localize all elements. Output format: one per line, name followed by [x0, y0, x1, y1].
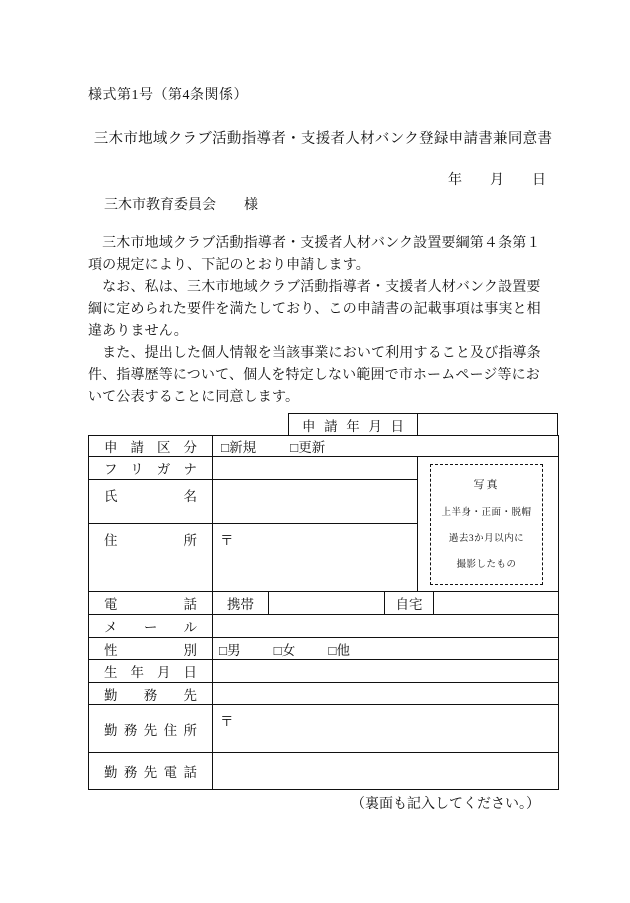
- sex-value-cell: □男□女□他: [213, 638, 559, 660]
- workplace-value-cell: [213, 683, 559, 705]
- date-line: 年 月 日: [88, 169, 546, 189]
- checkbox-option-male: □男: [219, 639, 241, 659]
- workplace-address-row: 勤務先住所 〒: [89, 705, 559, 753]
- photo-box-line: 過去3か月以内に: [431, 530, 542, 544]
- workplace-address-label: 勤務先住所: [89, 705, 213, 753]
- checkbox-option-other: □他: [328, 639, 350, 659]
- document-page: 様式第1号（第4条関係） 三木市地域クラブ活動指導者・支援者人材バンク登録申請書…: [0, 0, 630, 903]
- application-date-row: 申請年月日: [289, 414, 558, 436]
- phone-label: 電話: [89, 592, 213, 615]
- body-line: なお、私は、三木市地域クラブ活動指導者・支援者人材バンク設置要: [88, 277, 544, 299]
- application-form-table: 申請区分 □新規□更新 フリガナ 写真 上半身・正面・脱帽 過去3か月以内に 撮…: [88, 435, 559, 790]
- footer-note: （裏面も記入してください。）: [88, 793, 540, 813]
- photo-box-title: 写真: [431, 476, 542, 492]
- body-paragraphs: 三木市地域クラブ活動指導者・支援者人材バンク設置要綱第４条第１ 項の規定により、…: [88, 233, 544, 409]
- postal-mark: 〒: [220, 533, 234, 548]
- address-value-cell: 〒: [213, 524, 418, 592]
- workplace-phone-label: 勤務先電話: [89, 753, 213, 790]
- document-title: 三木市地域クラブ活動指導者・支援者人材バンク登録申請書兼同意書: [88, 127, 558, 148]
- photo-cell: 写真 上半身・正面・脱帽 過去3か月以内に 撮影したもの: [418, 457, 559, 592]
- photo-box-line: 上半身・正面・脱帽: [431, 504, 542, 518]
- phone-row: 電話 携帯 自宅: [89, 592, 559, 615]
- birthdate-row: 生年月日: [89, 660, 559, 683]
- photo-box: 写真 上半身・正面・脱帽 過去3か月以内に 撮影したもの: [430, 464, 543, 585]
- email-row: メール: [89, 615, 559, 638]
- application-date-label: 申請年月日: [289, 414, 418, 436]
- birthdate-label: 生年月日: [89, 660, 213, 683]
- workplace-row: 勤務先: [89, 683, 559, 705]
- body-line: また、提出した個人情報を当該事業において利用すること及び指導条: [88, 343, 544, 365]
- category-label: 申請区分: [89, 436, 213, 457]
- furigana-value-cell: [213, 457, 418, 480]
- birthdate-value-cell: [213, 660, 559, 683]
- checkbox-option-new: □新規: [221, 436, 256, 456]
- address-label: 住所: [89, 524, 213, 592]
- email-label: メール: [89, 615, 213, 638]
- email-value-cell: [213, 615, 559, 638]
- application-date-value-cell: [418, 414, 558, 436]
- body-line: 綱に定められた要件を満たしており、この申請書の記載事項は事実と相: [88, 299, 544, 321]
- furigana-row: フリガナ 写真 上半身・正面・脱帽 過去3か月以内に 撮影したもの: [89, 457, 559, 480]
- checkbox-option-renew: □更新: [290, 436, 325, 456]
- phone-home-value-cell: [434, 592, 559, 615]
- checkbox-option-female: □女: [274, 639, 296, 659]
- body-line: 項の規定により、下記のとおり申請します。: [88, 255, 544, 277]
- category-row: 申請区分 □新規□更新: [89, 436, 559, 457]
- addressee: 三木市教育委員会 様: [104, 194, 258, 214]
- photo-box-line: 撮影したもの: [431, 556, 542, 570]
- workplace-phone-row: 勤務先電話: [89, 753, 559, 790]
- category-value-cell: □新規□更新: [213, 436, 559, 457]
- body-line: いて公表することに同意します。: [88, 387, 544, 409]
- form-number: 様式第1号（第4条関係）: [88, 84, 248, 104]
- name-label: 氏名: [89, 480, 213, 524]
- application-date-table: 申請年月日: [288, 413, 558, 436]
- phone-home-label: 自宅: [385, 592, 434, 615]
- workplace-phone-value-cell: [213, 753, 559, 790]
- sex-label: 性別: [89, 638, 213, 660]
- body-line: 件、指導歴等について、個人を特定しない範囲で市ホームページ等にお: [88, 365, 544, 387]
- workplace-label: 勤務先: [89, 683, 213, 705]
- name-value-cell: [213, 480, 418, 524]
- phone-mobile-label: 携帯: [213, 592, 269, 615]
- workplace-address-value-cell: 〒: [213, 705, 559, 753]
- phone-mobile-value-cell: [269, 592, 385, 615]
- sex-row: 性別 □男□女□他: [89, 638, 559, 660]
- furigana-label: フリガナ: [89, 457, 213, 480]
- postal-mark: 〒: [220, 714, 234, 729]
- body-line: 三木市地域クラブ活動指導者・支援者人材バンク設置要綱第４条第１: [88, 233, 544, 255]
- body-line: 違ありません。: [88, 321, 544, 343]
